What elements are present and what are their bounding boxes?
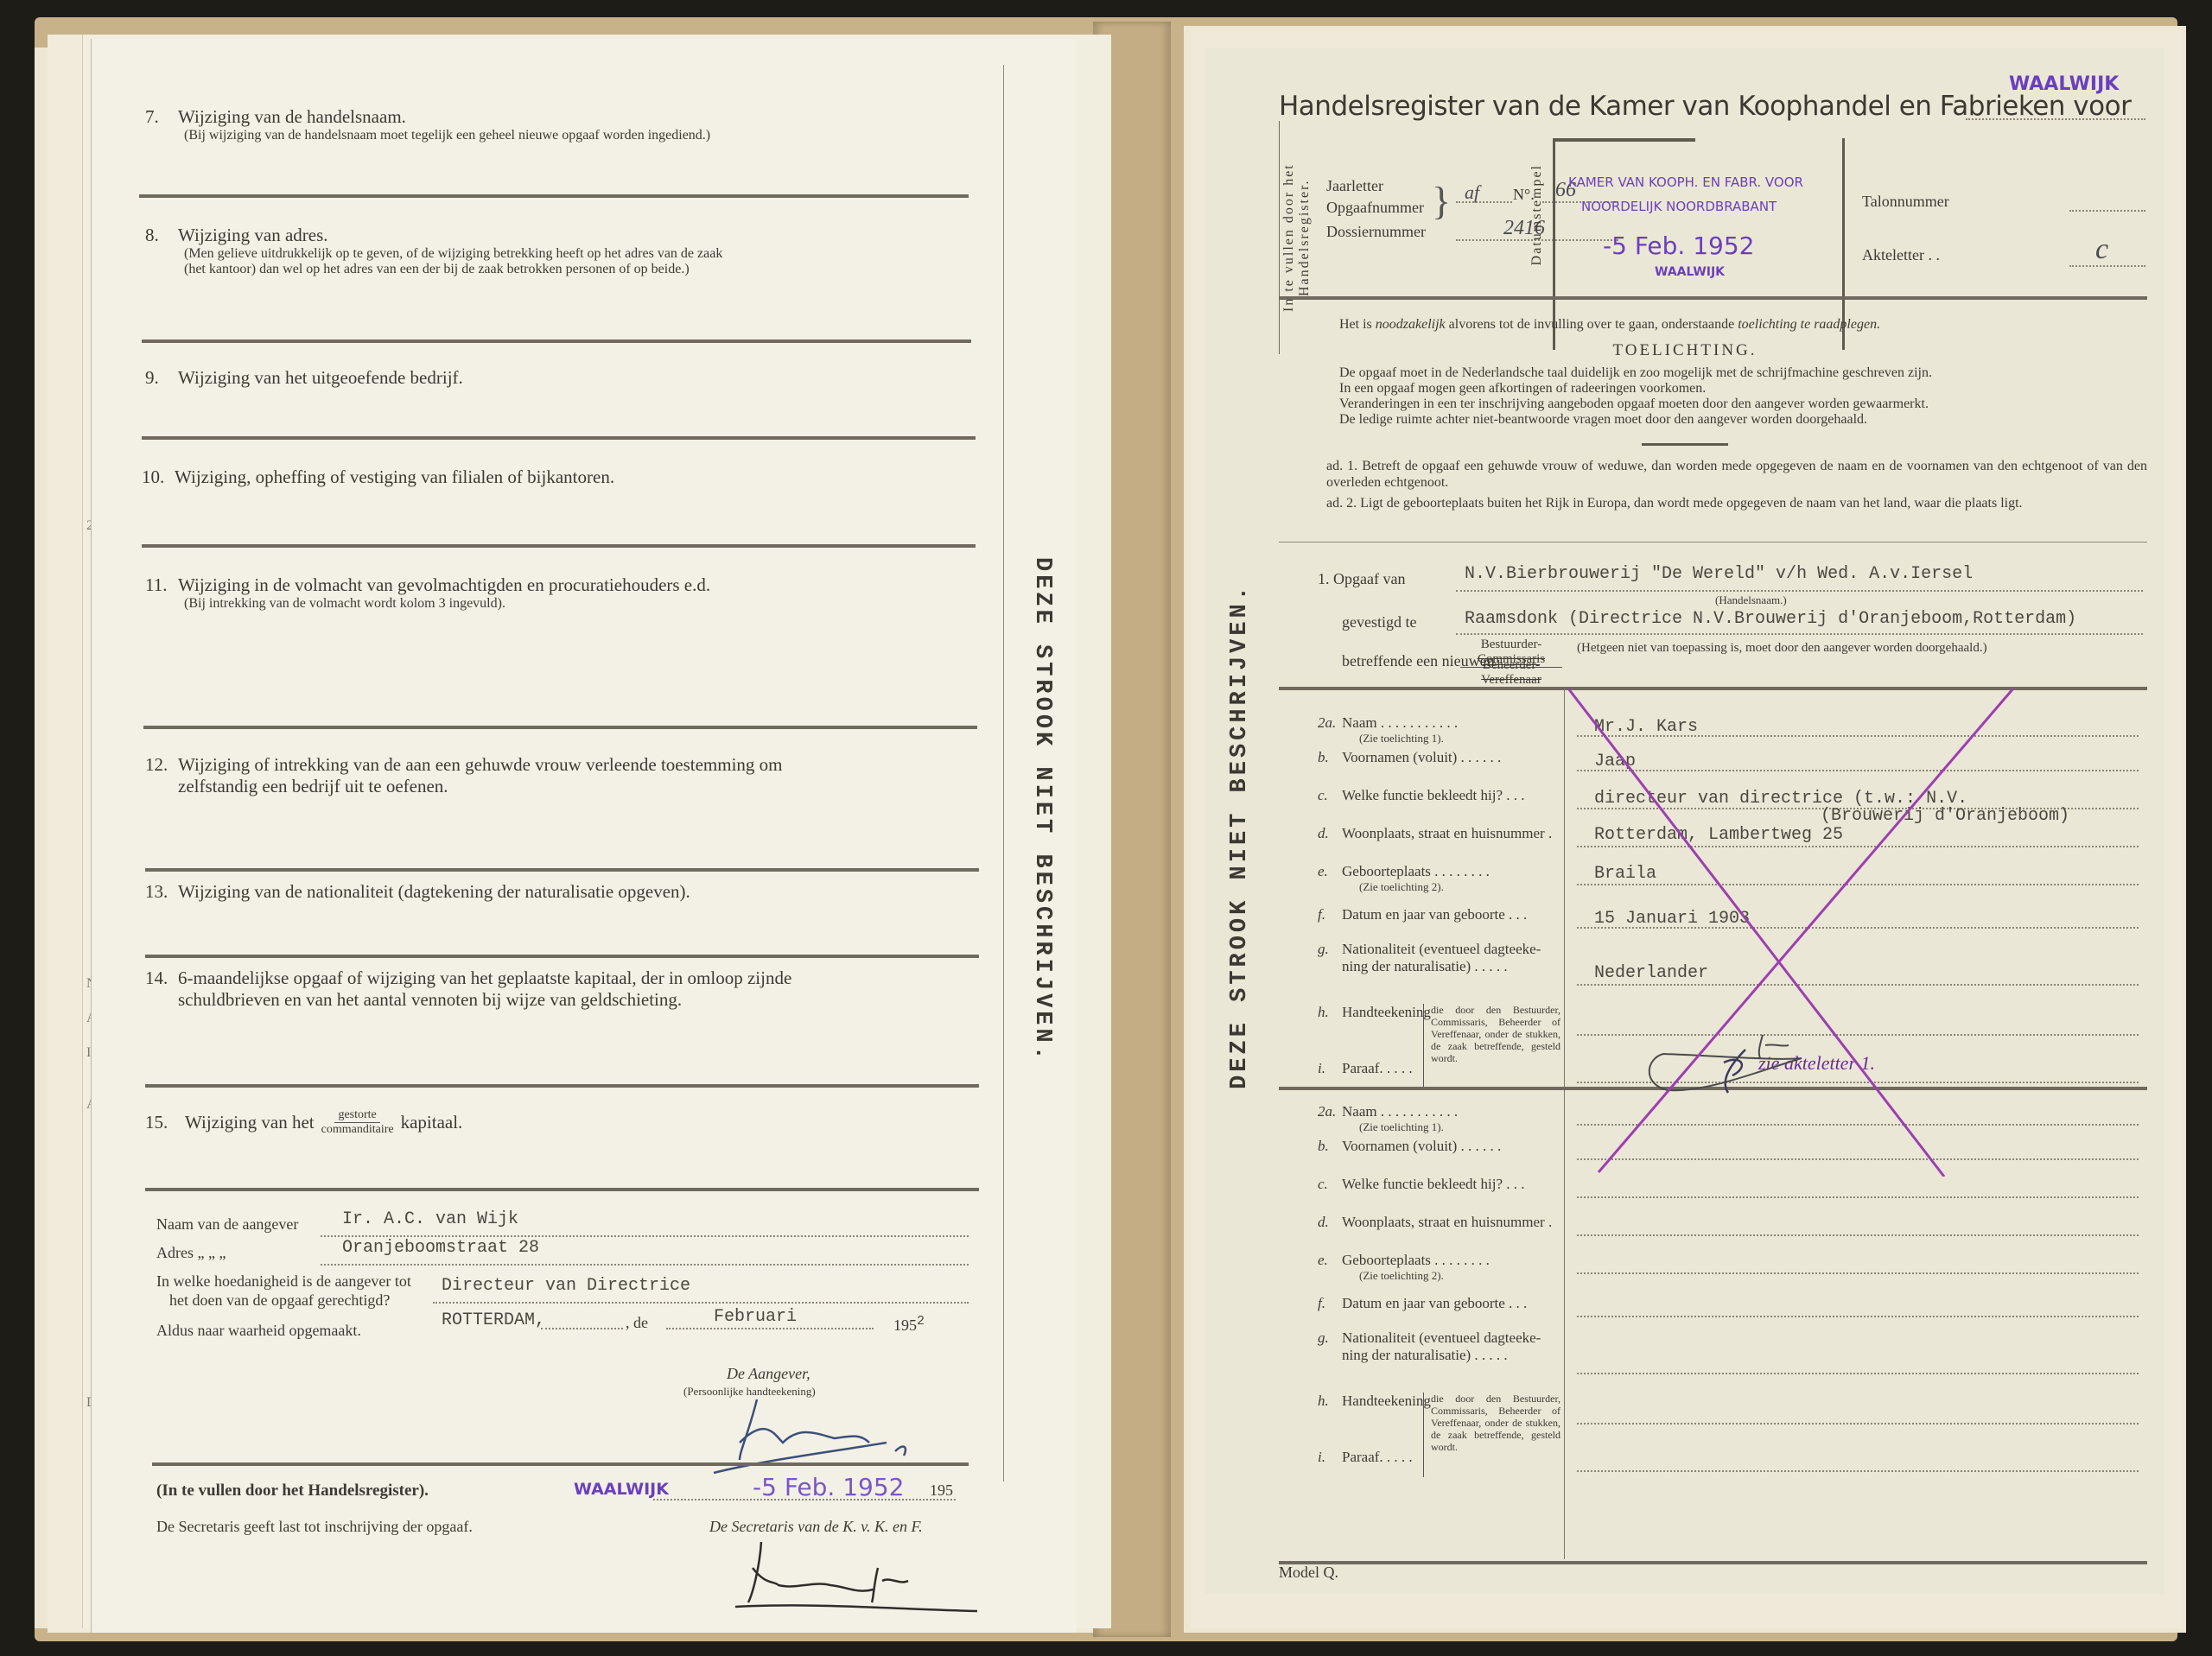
person-field-label: g.Nationaliteit (eventueel dagteeke-ning… bbox=[1318, 941, 1541, 975]
chamber-stamp-date: -5 Feb. 1952 bbox=[1603, 232, 1754, 260]
dotted-line bbox=[433, 1302, 969, 1304]
item-9: 9.Wijziging van het uitgeoefende bedrijf… bbox=[145, 367, 463, 389]
brace: } bbox=[1432, 175, 1451, 227]
intro-text: Het is noodzakelijk alvorens tot de invu… bbox=[1339, 317, 1880, 333]
datumstempel-label: Datumstempel bbox=[1529, 164, 1545, 265]
section-rule bbox=[152, 1462, 969, 1466]
made-label: Aldus naar waarheid opgemaakt. bbox=[156, 1322, 361, 1340]
register-year: 195 bbox=[930, 1482, 953, 1500]
margin-strip-text: DEZE STROOK NIET BESCHRIJVEN. bbox=[1029, 557, 1055, 1063]
person-field-label: 2a.Naam . . . . . . . . . . .(Zie toelic… bbox=[1318, 714, 1458, 746]
role-options-bottom: Beheerder-Vereffenaar bbox=[1460, 658, 1562, 688]
secretary-signature bbox=[727, 1533, 986, 1620]
capacity-label: het doen van de opgaaf gerechtigd? bbox=[169, 1291, 390, 1310]
declarant-address-label: Adres „ „ „ bbox=[156, 1244, 226, 1262]
signature-note: die door den Bestuurder, Commissaris, Be… bbox=[1423, 1393, 1560, 1477]
item-11: 11.Wijziging in de volmacht van gevolmac… bbox=[145, 574, 710, 612]
signature-note: die door den Bestuurder, Commissaris, Be… bbox=[1423, 1004, 1560, 1088]
section-rule bbox=[143, 726, 977, 729]
section-rule bbox=[1279, 1561, 2147, 1564]
model-label: Model Q. bbox=[1279, 1564, 1338, 1582]
akteletter-label: Akteletter . . bbox=[1862, 246, 1940, 264]
side-note: In te vullen door het Handelsregister. bbox=[1281, 121, 1313, 354]
de-label: , de bbox=[626, 1314, 648, 1332]
section-rule bbox=[145, 1188, 979, 1191]
stamp-box-top bbox=[1553, 138, 1695, 142]
section-rule bbox=[139, 194, 969, 198]
toelichting-title: TOELICHTING. bbox=[1205, 341, 2164, 360]
declarant-address-field[interactable]: Oranjeboomstraat 28 bbox=[342, 1238, 539, 1258]
item-14: 14.6-maandelijkse opgaaf of wijziging va… bbox=[145, 968, 975, 1011]
capacity-label: In welke hoedanigheid is de aangever tot bbox=[156, 1272, 411, 1291]
declarant-name-field[interactable]: Ir. A.C. van Wijk bbox=[342, 1209, 518, 1229]
dotted-line bbox=[1577, 1373, 2139, 1374]
margin-line bbox=[1003, 65, 1004, 1482]
item-8: 8.Wijziging van adres. (Men gelieve uitd… bbox=[145, 225, 962, 277]
jaarletter-label: Jaarletter bbox=[1326, 177, 1383, 195]
person-field-label: 2a.Naam . . . . . . . . . . .(Zie toelic… bbox=[1318, 1103, 1458, 1134]
role-note: (Hetgeen niet van toepassing is, moet do… bbox=[1577, 639, 2143, 657]
akteletter-field[interactable]: c bbox=[2095, 233, 2108, 266]
divider bbox=[1279, 121, 1280, 354]
section-rule bbox=[142, 436, 976, 440]
dotted-line bbox=[1577, 1423, 2139, 1424]
person-field-label: e.Geboorteplaats . . . . . . . .(Zie toe… bbox=[1318, 1252, 1490, 1283]
person-field-label: c.Welke functie bekleedt hij? . . . bbox=[1318, 787, 1525, 804]
person-field-label: c.Welke functie bekleedt hij? . . . bbox=[1318, 1176, 1525, 1193]
person-field-label: b.Voornamen (voluit) . . . . . . bbox=[1318, 749, 1501, 766]
handelsnaam-label: (Handelsnaam.) bbox=[1715, 593, 1787, 607]
dotted-line bbox=[1966, 118, 2145, 120]
person-field-label: h.Handteekening bbox=[1318, 1004, 1431, 1021]
form-title: Handelsregister van de Kamer van Koophan… bbox=[1279, 91, 2131, 122]
item-7: 7.Wijziging van de handelsnaam. (Bij wij… bbox=[145, 106, 710, 143]
person-field-label: d.Woonplaats, straat en huisnummer . bbox=[1318, 1214, 1552, 1231]
section-rule bbox=[142, 544, 976, 548]
dotted-line bbox=[1577, 1234, 2139, 1236]
ad2-note: ad. 2. Ligt de geboorteplaats buiten het… bbox=[1326, 495, 2147, 511]
section-rule bbox=[142, 339, 971, 343]
register-date-stamp: -5 Feb. 1952 bbox=[753, 1473, 904, 1501]
item-15: 15. Wijziging van het gestorte commandit… bbox=[145, 1108, 462, 1137]
opgaaf-field[interactable]: N.V.Bierbrouwerij "De Wereld" v/h Wed. A… bbox=[1465, 564, 1973, 584]
register-label: (In te vullen door het Handelsregister). bbox=[156, 1482, 429, 1501]
right-form-page: DEZE STROOK NIET BESCHRIJVEN. WAALWIJK H… bbox=[1205, 48, 2164, 1594]
dotted-line bbox=[1577, 1196, 2139, 1198]
person-field-label: h.Handteekening bbox=[1318, 1393, 1431, 1410]
gevestigd-label: gevestigd te bbox=[1342, 613, 1416, 631]
dotted-line bbox=[541, 1328, 623, 1329]
item-10: 10.Wijziging, opheffing of vestiging van… bbox=[142, 466, 614, 488]
place-field[interactable]: ROTTERDAM, bbox=[442, 1310, 545, 1330]
fraction: gestorte commanditaire bbox=[321, 1108, 394, 1137]
chamber-stamp-line1: KAMER VAN KOOPH. EN FABR. VOOR bbox=[1568, 174, 1803, 190]
month-field[interactable]: Februari bbox=[714, 1307, 797, 1327]
section-rule bbox=[145, 868, 979, 872]
person-field-label: d.Woonplaats, straat en huisnummer . bbox=[1318, 825, 1552, 842]
person-field-label: i.Paraaf. . . . . bbox=[1318, 1060, 1413, 1077]
chamber-stamp-line2: NOORDELIJK NOORDBRABANT bbox=[1581, 199, 1777, 214]
person-field-label: e.Geboorteplaats . . . . . . . .(Zie toe… bbox=[1318, 863, 1490, 894]
divider bbox=[1279, 542, 2147, 542]
signer-label: De Aangever, bbox=[727, 1365, 810, 1383]
cancellation-cross bbox=[1564, 688, 2160, 1177]
secretary-instruction: De Secretaris geeft last tot inschrijvin… bbox=[156, 1518, 473, 1536]
person-field-label: f.Datum en jaar van geboorte . . . bbox=[1318, 906, 1527, 923]
margin-strip-text: DEZE STROOK NIET BESCHRIJVEN. bbox=[1227, 583, 1253, 1089]
dotted-line bbox=[1456, 590, 2143, 592]
capacity-field[interactable]: Directeur van Directrice bbox=[442, 1276, 690, 1296]
person-field-label: i.Paraaf. . . . . bbox=[1318, 1449, 1413, 1466]
register-place-stamp: WAALWIJK bbox=[574, 1480, 669, 1499]
item-12: 12.Wijziging of intrekking van de aan ee… bbox=[145, 754, 975, 797]
dotted-line bbox=[321, 1264, 969, 1266]
toelichting-body: De opgaaf moet in de Nederlandsche taal … bbox=[1339, 365, 2143, 428]
dotted-line bbox=[1577, 1470, 2139, 1472]
year-label: 1952 bbox=[893, 1314, 925, 1335]
dotted-line bbox=[1577, 1272, 2139, 1274]
opgaaf-label: 1. Opgaaf van bbox=[1318, 570, 1405, 588]
dotted-line bbox=[1577, 1316, 2139, 1317]
dotted-line bbox=[1456, 633, 2143, 635]
talonnummer-label: Talonnummer bbox=[1862, 193, 1949, 211]
dotted-line bbox=[666, 1328, 874, 1329]
person-field-label: b.Voornamen (voluit) . . . . . . bbox=[1318, 1138, 1501, 1155]
dossiernummer-label: Dossiernummer bbox=[1326, 223, 1426, 241]
section-rule bbox=[1279, 296, 2147, 300]
opgaafnummer-label: Opgaafnummer bbox=[1326, 199, 1424, 217]
ad1-note: ad. 1. Betreft de opgaaf een gehuwde vro… bbox=[1326, 458, 2147, 491]
declarant-name-label: Naam van de aangever bbox=[156, 1215, 298, 1234]
dotted-line bbox=[2069, 210, 2145, 212]
jaarletter-field[interactable]: af bbox=[1465, 181, 1479, 204]
chamber-stamp-place: WAALWIJK bbox=[1655, 265, 1725, 279]
gevestigd-field[interactable]: Raamsdonk (Directrice N.V.Brouwerij d'Or… bbox=[1465, 609, 2076, 629]
item-13: 13.Wijziging van de nationaliteit (dagte… bbox=[145, 881, 690, 903]
person-field-label: f.Datum en jaar van geboorte . . . bbox=[1318, 1295, 1527, 1312]
section-rule bbox=[145, 955, 979, 958]
section-rule bbox=[145, 1084, 979, 1088]
divider bbox=[1642, 443, 1728, 446]
person-field-label: g.Nationaliteit (eventueel dagteeke-ning… bbox=[1318, 1329, 1541, 1364]
left-form-page: DEZE STROOK NIET BESCHRIJVEN. 7.Wijzigin… bbox=[91, 39, 1077, 1633]
dotted-line bbox=[321, 1235, 969, 1237]
